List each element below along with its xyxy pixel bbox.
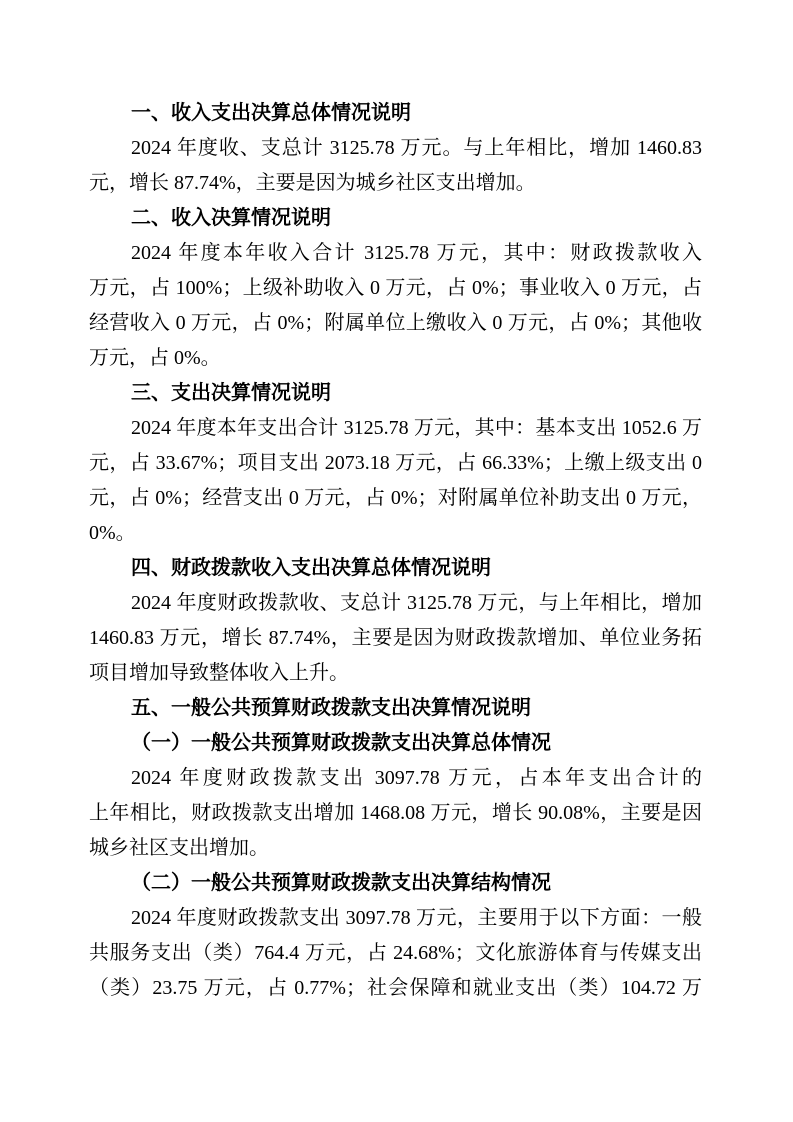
body-line: 共服务支出（类）764.4 万元，占 24.68%；文化旅游体育与传媒支出 <box>89 936 702 971</box>
section-1-heading: 一、收入支出决算总体情况说明 <box>89 96 702 131</box>
body-line: 1460.83 万元，增长 87.74%，主要是因为财政拨款增加、单位业务拓展及 <box>89 621 702 656</box>
section-2-heading: 二、收入决算情况说明 <box>89 201 702 236</box>
body-line: 2024 年度财政拨款支出 3097.78 万元，占本年支出合计的 99.1%，… <box>89 761 702 796</box>
section-5-sub-1-heading: （一）一般公共预算财政拨款支出决算总体情况 <box>89 726 702 761</box>
body-line: 元，占 0%；经营支出 0 万元，占 0%；对附属单位补助支出 0 万元，占 <box>89 481 702 516</box>
section-5-heading: 五、一般公共预算财政拨款支出决算情况说明 <box>89 691 702 726</box>
body-line: 万元，占 0%。 <box>89 341 702 376</box>
body-line: 万元，占 100%；上级补助收入 0 万元，占 0%；事业收入 0 万元，占 0… <box>89 271 702 306</box>
body-line: 经营收入 0 万元，占 0%；附属单位上缴收入 0 万元，占 0%；其他收入 0 <box>89 306 702 341</box>
body-line: 上年相比，财政拨款支出增加 1468.08 万元，增长 90.08%，主要是因为 <box>89 796 702 831</box>
body-line: 0%。 <box>89 516 702 551</box>
body-line: 元，增长 87.74%，主要是因为城乡社区支出增加。 <box>89 166 702 201</box>
body-line: 2024 年度财政拨款收、支总计 3125.78 万元，与上年相比，增加 <box>89 586 702 621</box>
body-line: 项目增加导致整体收入上升。 <box>89 656 702 691</box>
section-3-heading: 三、支出决算情况说明 <box>89 376 702 411</box>
body-line: 城乡社区支出增加。 <box>89 831 702 866</box>
body-line: 2024 年度收、支总计 3125.78 万元。与上年相比，增加 1460.83… <box>89 131 702 166</box>
section-4-heading: 四、财政拨款收入支出决算总体情况说明 <box>89 551 702 586</box>
body-line: 2024 年度财政拨款支出 3097.78 万元，主要用于以下方面：一般公 <box>89 901 702 936</box>
body-line: 2024 年度本年支出合计 3125.78 万元，其中：基本支出 1052.6 … <box>89 411 702 446</box>
body-line: 2024 年度本年收入合计 3125.78 万元，其中：财政拨款收入 3125.… <box>89 236 702 271</box>
report-text-body: 一、收入支出决算总体情况说明 2024 年度收、支总计 3125.78 万元。与… <box>89 96 702 1006</box>
body-line: （类）23.75 万元，占 0.77%；社会保障和就业支出（类）104.72 万… <box>89 971 702 1006</box>
section-5-sub-2-heading: （二）一般公共预算财政拨款支出决算结构情况 <box>89 866 702 901</box>
document-page: 一、收入支出决算总体情况说明 2024 年度收、支总计 3125.78 万元。与… <box>0 0 793 1122</box>
body-line: 元，占 33.67%；项目支出 2073.18 万元，占 66.33%；上缴上级… <box>89 446 702 481</box>
